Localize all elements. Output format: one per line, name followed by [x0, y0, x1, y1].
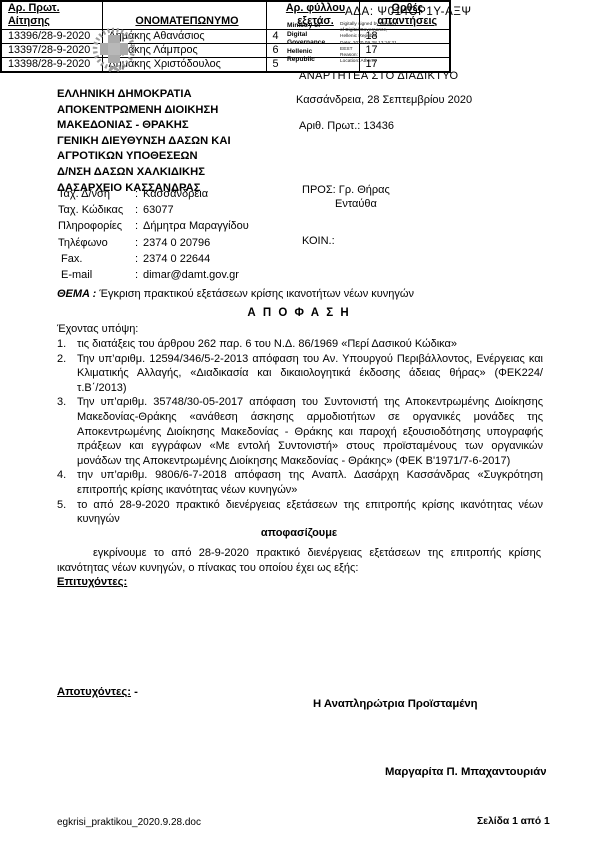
authority-line: ΓΕΝΙΚΗ ΔΙΕΥΘΥΝΣΗ ΔΑΣΩΝ ΚΑΙ	[57, 134, 297, 150]
anartitea-label: ΑΝΑΡΤΗΤΕΑ ΣΤΟ ΔΙΑΔΙΚΤΥΟ	[299, 70, 458, 82]
authority-line: ΑΠΟΚΕΝΤΡΩΜΕΝΗ ΔΙΟΙΚΗΣΗ	[57, 103, 297, 119]
cell-application-number: 13397/28-9-2020	[1, 44, 102, 58]
ada-code: ΑΔΑ: Ψ014ΟΡ1Υ-ΑΞΨ	[345, 6, 472, 18]
contact-row-phone: Τηλέφωνο : 2374 0 20796	[58, 235, 249, 251]
authority-line: ΕΛΛΗΝΙΚΗ ΔΗΜΟΚΡΑΤΙΑ	[57, 87, 297, 103]
greek-coat-of-arms-icon	[91, 26, 137, 76]
list-item-text: την υπ’αριθμ. 9806/6-7-2018 απόφαση της …	[77, 468, 543, 497]
list-item: 2. Την υπ’αριθμ. 12594/346/5-2-2013 απόφ…	[57, 352, 543, 396]
contact-row-information: Πληροφορίες : Δήμητρα Μαραγγίδου	[58, 218, 249, 234]
contact-value: 2374 0 22644	[143, 251, 210, 267]
decide-word: αποφασίζουμε	[57, 527, 541, 539]
pros-value: Γρ. Θήρας	[339, 184, 390, 196]
document-page: ΑΔΑ: Ψ014ΟΡ1Υ-ΑΞΨ Ministry of Digital Go…	[0, 0, 595, 842]
stamp-authority-text: Ministry of Digital Governance Hellenic …	[287, 22, 335, 66]
subject-line: ΘΕΜΑ : Έγκριση πρακτικού εξετάσεων κρίση…	[57, 288, 541, 300]
list-item: 3. Την υπ’αριθμ. 35748/30-05-2017 απόφασ…	[57, 395, 543, 468]
cell-application-number: 13398/28-9-2020	[1, 58, 102, 73]
contact-label: Ταχ. Κώδικας	[58, 202, 135, 218]
contact-separator: :	[135, 235, 143, 251]
contact-row-email: E-mail : dimar@damt.gov.gr	[58, 267, 249, 283]
list-item: 1. τις διατάξεις του άρθρου 262 παρ. 6 τ…	[57, 337, 543, 352]
successful-candidates-label: Επιτυχόντες:	[57, 576, 127, 588]
digital-signature-stamp: Ministry of Digital Governance Hellenic …	[287, 22, 432, 66]
list-item-text: τις διατάξεις του άρθρου 262 παρ. 6 του …	[77, 337, 543, 352]
issuing-authority-block: ΕΛΛΗΝΙΚΗ ΔΗΜΟΚΡΑΤΙΑ ΑΠΟΚΕΝΤΡΩΜΕΝΗ ΔΙΟΙΚΗ…	[57, 87, 297, 196]
list-item-number: 1.	[57, 337, 77, 352]
list-item-number: 2.	[57, 352, 77, 396]
pros-value-line2: Ενταύθα	[302, 198, 390, 212]
contact-separator: :	[135, 218, 143, 234]
signatory-name: Μαργαρίτα Π. Μπαχαντουριάν	[385, 766, 547, 778]
subject-text: Έγκριση πρακτικού εξετάσεων κρίσης ικανο…	[99, 288, 414, 300]
list-item-number: 3.	[57, 395, 77, 468]
footer-filename: egkrisi_praktikou_2020.9.28.doc	[57, 817, 201, 828]
failed-candidates-line: Αποτυχόντες: -	[57, 686, 138, 698]
list-item-text: το από 28-9-2020 πρακτικό διενέργειας εξ…	[77, 498, 543, 527]
contact-value: 63077	[143, 202, 174, 218]
contact-value: Δήμητρα Μαραγγίδου	[143, 218, 249, 234]
contact-label: Πληροφορίες	[58, 218, 135, 234]
contact-label: Fax.	[58, 251, 135, 267]
footer-page-number: Σελίδα 1 από 1	[477, 816, 550, 827]
protocol-number: Αριθ. Πρωτ.: 13436	[299, 120, 394, 132]
failed-candidates-label: Αποτυχόντες:	[57, 686, 131, 698]
contact-label: E-mail	[58, 267, 135, 283]
legal-basis-list: 1. τις διατάξεις του άρθρου 262 παρ. 6 τ…	[57, 337, 543, 527]
contact-row-fax: Fax. : 2374 0 22644	[58, 251, 249, 267]
contact-separator: :	[135, 202, 143, 218]
authority-line: Δ/ΝΣΗ ΔΑΣΩΝ ΧΑΛΚΙΔΙΚΗΣ	[57, 165, 297, 181]
subject-label: ΘΕΜΑ :	[57, 288, 96, 300]
signatory-title: Η Αναπληρώτρια Προϊσταμένη	[313, 698, 478, 710]
decision-title: Α Π Ο Φ Α Σ Η	[57, 307, 541, 319]
list-item-text: Την υπ’αριθμ. 35748/30-05-2017 απόφαση τ…	[77, 395, 543, 468]
list-item: 5. το από 28-9-2020 πρακτικό διενέργειας…	[57, 498, 543, 527]
list-item: 4. την υπ’αριθμ. 9806/6-7-2018 απόφαση τ…	[57, 468, 543, 497]
contact-info-block: Ταχ. Δ/νση : Κασσάνδρεια Ταχ. Κώδικας : …	[58, 186, 249, 283]
contact-row-address: Ταχ. Δ/νση : Κασσάνδρεια	[58, 186, 249, 202]
contact-label: Τηλέφωνο	[58, 235, 135, 251]
header-application-number: Αρ. Πρωτ. Αίτησης	[1, 1, 102, 30]
cell-application-number: 13396/28-9-2020	[1, 30, 102, 44]
pros-label: ΠΡΟΣ:	[302, 184, 336, 196]
having-regard-label: Έχοντας υπόψη:	[57, 323, 138, 335]
contact-separator: :	[135, 251, 143, 267]
authority-line: ΜΑΚΕΔΟΝΙΑΣ - ΘΡΑΚΗΣ	[57, 118, 297, 134]
contact-separator: :	[135, 267, 143, 283]
list-item-number: 4.	[57, 468, 77, 497]
contact-separator: :	[135, 186, 143, 202]
contact-email-value: dimar@damt.gov.gr	[143, 267, 239, 283]
approval-paragraph: εγκρίνουμε το από 28-9-2020 πρακτικό διε…	[57, 546, 541, 575]
failed-candidates-value: -	[134, 686, 138, 698]
contact-value: 2374 0 20796	[143, 235, 210, 251]
contact-row-postal-code: Ταχ. Κώδικας : 63077	[58, 202, 249, 218]
list-item-number: 5.	[57, 498, 77, 527]
recipient-line: ΠΡΟΣ: Γρ. Θήρας	[302, 184, 390, 198]
contact-label: Ταχ. Δ/νση	[58, 186, 135, 202]
list-item-text: Την υπ’αριθμ. 12594/346/5-2-2013 απόφαση…	[77, 352, 543, 396]
place-and-date: Κασσάνδρεια, 28 Σεπτεμβρίου 2020	[296, 94, 472, 106]
recipient-block: ΠΡΟΣ: Γρ. Θήρας Ενταύθα	[302, 184, 390, 211]
contact-value: Κασσάνδρεια	[143, 186, 208, 202]
authority-line: ΑΓΡΟΤΙΚΩΝ ΥΠΟΘΕΣΕΩΝ	[57, 149, 297, 165]
stamp-signature-text: Digitally signed by Ministry of Digital …	[340, 22, 397, 66]
koin-label: ΚΟΙΝ.:	[302, 235, 335, 247]
